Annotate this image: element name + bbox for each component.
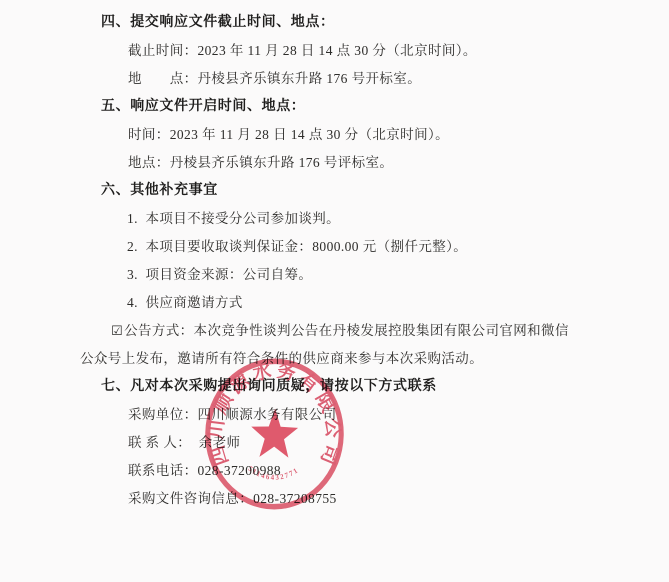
submission-deadline-line: 截止时间：2023 年 11 月 28 日 14 点 30 分（北京时间）。 xyxy=(0,37,669,65)
document-body: 四、提交响应文件截止时间、地点： 截止时间：2023 年 11 月 28 日 1… xyxy=(0,9,669,513)
opening-place-line: 地点：丹棱县齐乐镇东升路 176 号评标室。 xyxy=(0,149,669,177)
section-5-heading: 五、响应文件开启时间、地点： xyxy=(0,93,669,121)
opening-time-line: 时间：2023 年 11 月 28 日 14 点 30 分（北京时间）。 xyxy=(0,121,669,149)
checked-checkbox-icon: ☑ xyxy=(111,324,123,339)
supplement-item-4: 4. 供应商邀请方式 xyxy=(0,289,669,317)
supplement-item-1: 1. 本项目不接受分公司参加谈判。 xyxy=(0,205,669,233)
submission-place-line: 地 点：丹棱县齐乐镇东升路 176 号开标室。 xyxy=(0,65,669,93)
section-4-heading: 四、提交响应文件截止时间、地点： xyxy=(0,9,669,37)
contact-person-line: 联 系 人： 余老师 xyxy=(0,429,669,457)
supplement-item-3: 3. 项目资金来源：公司自筹。 xyxy=(0,261,669,289)
section-7-heading: 七、凡对本次采购提出询问质疑，请按以下方式联系 xyxy=(0,373,669,401)
announcement-line-1: ☑公告方式：本次竞争性谈判公告在丹棱发展控股集团有限公司官网和微信 xyxy=(0,317,669,345)
announcement-line-2: 公众号上发布，邀请所有符合条件的供应商来参与本次采购活动。 xyxy=(0,345,669,373)
supplement-item-2: 2. 本项目要收取谈判保证金：8000.00 元（捌仟元整）。 xyxy=(0,233,669,261)
contact-phone-line: 联系电话：028-37200988 xyxy=(0,457,669,485)
doc-inquiry-line: 采购文件咨询信息：028-37208755 xyxy=(0,485,669,513)
announcement-text-1: 公告方式：本次竞争性谈判公告在丹棱发展控股集团有限公司官网和微信 xyxy=(124,323,569,338)
scanned-document-page: 四、提交响应文件截止时间、地点： 截止时间：2023 年 11 月 28 日 1… xyxy=(0,0,669,582)
purchasing-unit-line: 采购单位：四川顺源水务有限公司 xyxy=(0,401,669,429)
section-6-heading: 六、其他补充事宜 xyxy=(0,177,669,205)
